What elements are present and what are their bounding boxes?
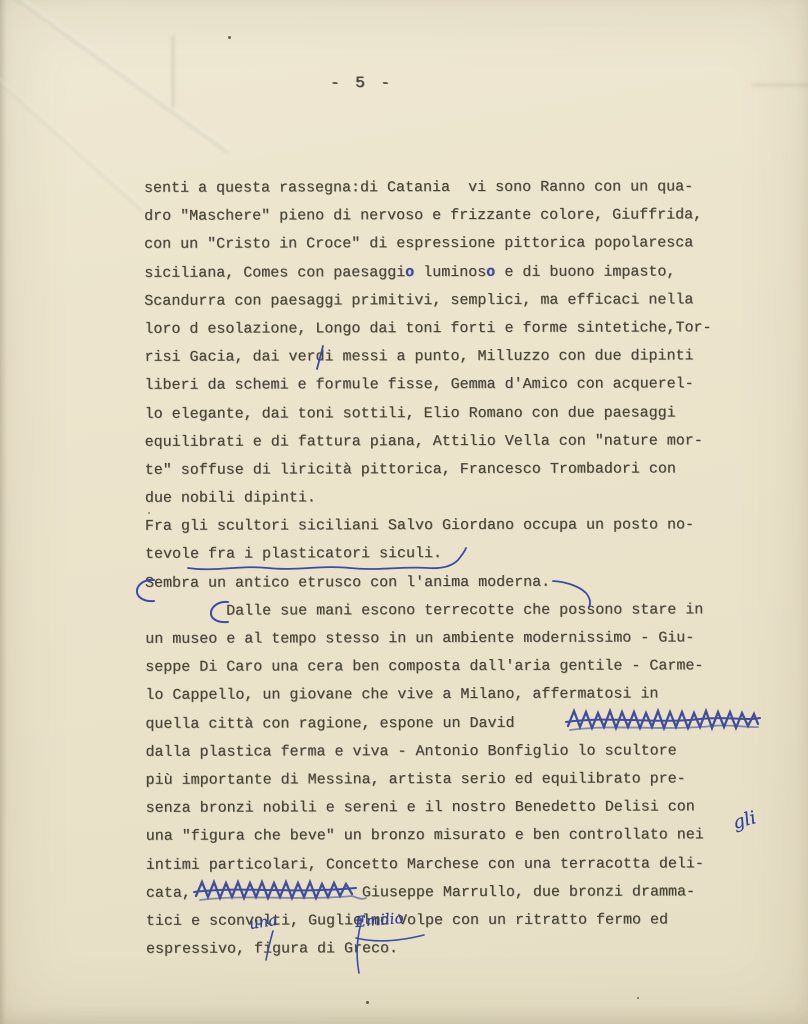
typed-line: cata, Giuseppe Marrullo, due bronzi dram… [146,878,766,908]
paper-edge-shadow [0,0,6,1024]
typed-text-block: senti a questa rassegna:di Catania vi so… [144,173,766,964]
blue-ink-correction: o [486,263,495,280]
document-page: - 5 - senti a questa rassegna:di Catania… [0,0,808,1024]
typed-line: quella città con ragione, espone un Davi… [145,709,765,739]
paper-crease [172,36,174,108]
typed-line: loro d esolazione, Longo dai toni forti … [144,314,764,344]
typed-line: lo Cappello, un giovane che vive a Milan… [145,681,765,711]
paper-crease [752,84,808,86]
page-number: - 5 - [330,74,450,92]
typed-line: Fra gli scultori siciliani Salvo Giordan… [145,511,765,541]
typed-line: senti a questa rassegna:di Catania vi so… [144,173,764,203]
typed-line: due nobili dipinti. [145,483,765,513]
typed-line: siciliana, Comes con paesaggio luminoso … [144,258,764,288]
typed-line: con un "Cristo in Croce" di espressione … [144,230,764,260]
typed-line: intimi particolari, Concetto Marchese co… [146,850,766,880]
typed-line: liberi da schemi e formule fisse, Gemma … [144,371,764,401]
paper-crease [0,0,230,154]
typed-line: equilibrati e di fattura piana, Attilio … [145,427,765,457]
typed-line: dalla plastica ferma e viva - Antonio Bo… [145,737,765,767]
typed-line: Sembra un antico etrusco con l'anima mod… [145,568,765,598]
typed-line: più importante di Messina, artista serio… [146,765,766,795]
paper-crease [0,30,147,214]
typed-line: senza bronzi nobili e sereni e il nostro… [146,793,766,823]
paper-speck [366,1001,369,1004]
typed-line: un museo e al tempo stesso in un ambient… [145,624,765,654]
typed-line: risi Gacia, dai verdi messi a punto, Mil… [144,342,764,372]
typed-line: Scandurra con paesaggi primitivi, sempli… [144,286,764,316]
paper-speck [637,997,639,999]
blue-ink-correction: o [405,264,414,281]
typed-line: te" soffuse di liricità pittorica, Franc… [145,455,765,485]
typed-line: espressivo, figura di Greco. [146,934,766,964]
typed-line: dro "Maschere" pieno di nervoso e frizza… [144,201,764,231]
typed-line: seppe Di Caro una cera ben composta dall… [145,652,765,682]
paper-speck [228,36,231,39]
typed-line: una "figura che beve" un bronzo misurato… [146,822,766,852]
typed-line: tici e sconvolti, Guglielmo Volpe con un… [146,906,766,936]
typed-line: Dalle sue mani escono terrecotte che pos… [145,596,765,626]
typed-line: tevole fra i plasticatori siculi. [145,540,765,570]
typed-line: lo elegante, dai toni sottili, Elio Roma… [145,399,765,429]
